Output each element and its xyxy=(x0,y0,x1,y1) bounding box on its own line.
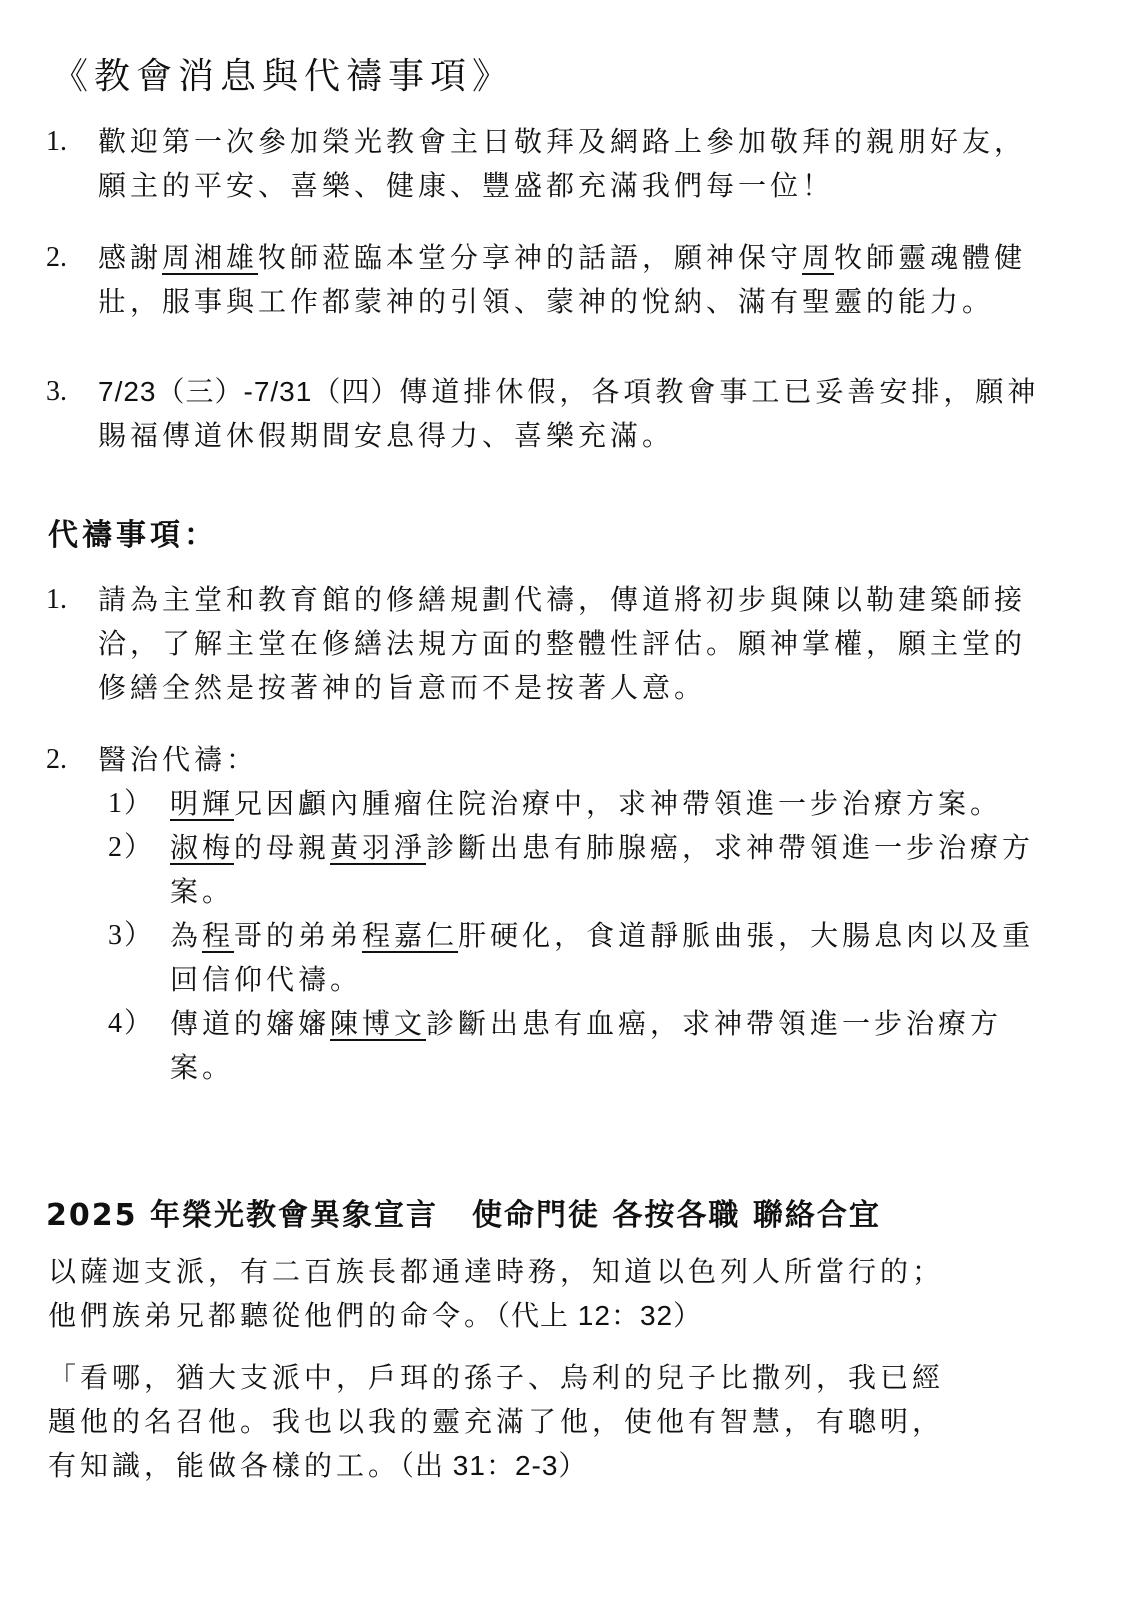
verse-line: 有知識，能做各樣的工。（出 31：2-3） xyxy=(48,1444,1048,1488)
underlined-name: 明輝 xyxy=(170,787,234,820)
healing-sub-item-4: 4） 傳道的嬸嬸陳博文診斷出患有血癌，求神帶領進一步治療方案。 xyxy=(108,1002,1058,1090)
underlined-name: 周 xyxy=(802,241,834,274)
news-item-2: 2. 感謝周湘雄牧師蒞臨本堂分享神的話語，願神保守周牧師靈魂體健壯，服事與工作都… xyxy=(46,236,1056,324)
prayer-item-2: 2. 醫治代禱： xyxy=(46,738,1056,782)
verse-reference: （出 31：2-3） xyxy=(400,1450,587,1481)
item-text: 請為主堂和教育館的修繕規劃代禱，傳道將初步與陳以勒建築師接洽，了解主堂在修繕法規… xyxy=(98,578,1056,710)
vision-title-b: 使命門徒 各按各職 聯絡合宜 xyxy=(472,1198,881,1233)
underlined-name: 淑梅 xyxy=(170,831,234,864)
text-segment: 傳道的嬸嬸 xyxy=(170,1007,330,1040)
sub-number: 1） xyxy=(108,782,168,826)
vision-title: 2025 年榮光教會異象宣言使命門徒 各按各職 聯絡合宜 xyxy=(46,1190,881,1234)
news-item-1: 1. 歡迎第一次參加榮光教會主日敬拜及網路上參加敬拜的親朋好友，願主的平安、喜樂… xyxy=(46,120,1056,208)
healing-sub-item-2: 2） 淑梅的母親黃羽淨診斷出患有肺腺癌，求神帶領進一步治療方案。 xyxy=(108,826,1058,914)
prayer-heading: 代禱事項： xyxy=(48,510,218,554)
underlined-name: 周湘雄 xyxy=(162,241,258,274)
prayer-item-1: 1. 請為主堂和教育館的修繕規劃代禱，傳道將初步與陳以勒建築師接洽，了解主堂在修… xyxy=(46,578,1056,710)
item-text: 感謝周湘雄牧師蒞臨本堂分享神的話語，願神保守周牧師靈魂體健壯，服事與工作都蒙神的… xyxy=(98,236,1056,324)
underlined-name: 黃羽淨 xyxy=(330,831,426,864)
verse-1: 以薩迦支派，有二百族長都通達時務，知道以色列人所當行的； 他們族弟兄都聽從他們的… xyxy=(48,1250,1048,1338)
item-number: 1. xyxy=(46,578,96,622)
verse-reference: （代上 12：32） xyxy=(496,1300,702,1331)
healing-sub-item-1: 1） 明輝兄因顱內腫瘤住院治療中，求神帶領進一步治療方案。 xyxy=(108,782,1058,826)
verse-2: 「看哪，猶大支派中，戶珥的孫子、烏利的兒子比撒列，我已經 題他的名召他。我也以我… xyxy=(48,1356,1048,1488)
underlined-name: 程嘉仁 xyxy=(362,919,458,952)
sub-number: 3） xyxy=(108,914,168,958)
text-segment: 哥的弟弟 xyxy=(234,919,362,952)
item-text: 歡迎第一次參加榮光教會主日敬拜及網路上參加敬拜的親朋好友，願主的平安、喜樂、健康… xyxy=(98,120,1056,208)
item-text: 7/23（三）-7/31（四）傳道排休假，各項教會事工已妥善安排，願神賜福傳道休… xyxy=(98,370,1056,458)
text-segment: 牧師蒞臨本堂分享神的話語，願神保守 xyxy=(258,241,802,274)
item-number: 1. xyxy=(46,120,96,164)
text-segment: 有知識，能做各樣的工。 xyxy=(48,1449,400,1482)
text-segment: 他們族弟兄都聽從他們的命令。 xyxy=(48,1299,496,1332)
sub-text: 明輝兄因顱內腫瘤住院治療中，求神帶領進一步治療方案。 xyxy=(170,782,1058,826)
item-number: 2. xyxy=(46,236,96,280)
text-segment: 感謝 xyxy=(98,241,162,274)
news-item-3: 3. 7/23（三）-7/31（四）傳道排休假，各項教會事工已妥善安排，願神賜福… xyxy=(46,370,1056,458)
page-title: 《教會消息與代禱事項》 xyxy=(52,48,514,99)
healing-sub-item-3: 3） 為程哥的弟弟程嘉仁肝硬化，食道靜脈曲張，大腸息肉以及重回信仰代禱。 xyxy=(108,914,1058,1002)
underlined-name: 陳博文 xyxy=(330,1007,426,1040)
sub-number: 2） xyxy=(108,826,168,870)
item-number: 3. xyxy=(46,370,96,414)
sub-text: 淑梅的母親黃羽淨診斷出患有肺腺癌，求神帶領進一步治療方案。 xyxy=(170,826,1058,914)
text-segment: 的母親 xyxy=(234,831,330,864)
sub-text: 為程哥的弟弟程嘉仁肝硬化，食道靜脈曲張，大腸息肉以及重回信仰代禱。 xyxy=(170,914,1058,1002)
item-label: 醫治代禱： xyxy=(98,738,1056,782)
underlined-name: 程 xyxy=(202,919,234,952)
verse-line: 「看哪，猶大支派中，戶珥的孫子、烏利的兒子比撒列，我已經 xyxy=(48,1356,1048,1400)
item-number: 2. xyxy=(46,738,96,782)
text-segment: 為 xyxy=(170,919,202,952)
sub-number: 4） xyxy=(108,1002,168,1046)
vision-year: 2025 xyxy=(46,1198,138,1233)
verse-line: 以薩迦支派，有二百族長都通達時務，知道以色列人所當行的； xyxy=(48,1250,1048,1294)
date-range: 7/23（三）-7/31（四） xyxy=(98,376,399,407)
text-segment: 兄因顱內腫瘤住院治療中，求神帶領進一步治療方案。 xyxy=(234,787,1002,820)
vision-title-a: 年榮光教會異象宣言 xyxy=(150,1198,438,1233)
verse-line: 他們族弟兄都聽從他們的命令。（代上 12：32） xyxy=(48,1294,1048,1338)
sub-text: 傳道的嬸嬸陳博文診斷出患有血癌，求神帶領進一步治療方案。 xyxy=(170,1002,1058,1090)
verse-line: 題他的名召他。我也以我的靈充滿了他，使他有智慧，有聰明， xyxy=(48,1400,1048,1444)
